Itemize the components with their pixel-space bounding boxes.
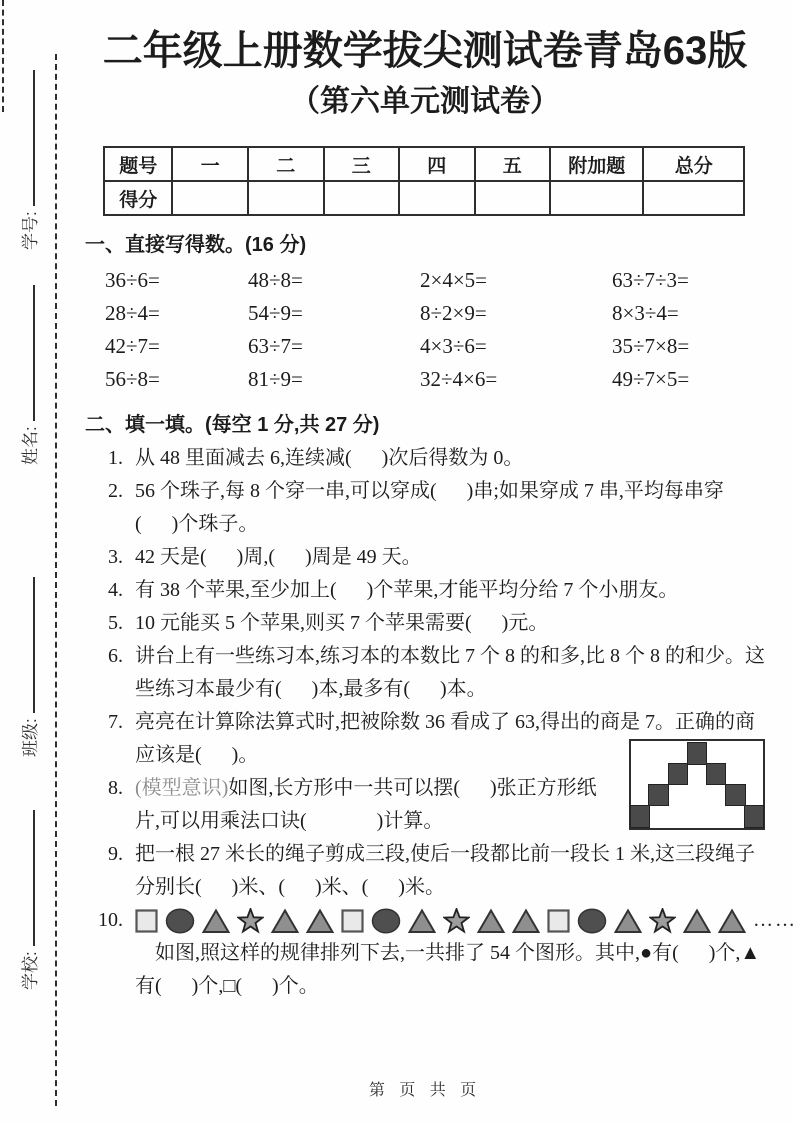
score-blank-cell xyxy=(475,181,551,215)
calc-grid: 36÷6=48÷8=2×4×5=63÷7÷3=28÷4=54÷9=8÷2×9=8… xyxy=(85,264,765,396)
question-number: 1. xyxy=(85,442,123,475)
circle-icon xyxy=(371,908,401,934)
margin-field-label: 姓名: xyxy=(16,426,41,465)
score-table-header-row: 题号 一二三四五附加题总分 xyxy=(104,147,744,181)
score-header-cell: 四 xyxy=(399,147,475,181)
score-header-cell: 总分 xyxy=(643,147,744,181)
question-number: 4. xyxy=(85,574,123,607)
question-number: 7. xyxy=(85,706,123,739)
shape-pattern-row: …… xyxy=(135,904,765,937)
score-table-score-row: 得分 xyxy=(104,181,744,215)
dark-square xyxy=(707,764,725,785)
score-header-cell: 二 xyxy=(248,147,324,181)
score-blank-cell xyxy=(643,181,744,215)
star-icon xyxy=(649,908,676,934)
score-row-label: 得分 xyxy=(104,181,172,215)
margin-field-label: 班级: xyxy=(16,718,41,757)
star-icon xyxy=(237,908,264,934)
question-number: 5. xyxy=(85,607,123,640)
question-number: 8. xyxy=(85,772,123,805)
page-title: 二年级上册数学拔尖测试卷青岛63版 xyxy=(85,28,765,74)
calc-problem: 8÷2×9= xyxy=(420,297,612,330)
page-subtitle: （第六单元测试卷） xyxy=(85,82,765,122)
score-blank-cell xyxy=(324,181,400,215)
calc-problem: 35÷7×8= xyxy=(612,330,765,363)
star-icon xyxy=(443,908,470,934)
question-number: 3. xyxy=(85,541,123,574)
score-header-label: 题号 xyxy=(104,147,172,181)
calc-problem: 36÷6= xyxy=(105,264,248,297)
question-item: 3.42 天是( )周,( )周是 49 天。 xyxy=(85,541,765,574)
question-number: 6. xyxy=(85,640,123,673)
question-text: 把一根 27 米长的绳子剪成三段,使后一段都比前一段长 1 米,这三段绳子分别长… xyxy=(135,843,755,898)
triangle-icon xyxy=(408,908,436,934)
circle-icon xyxy=(577,908,607,934)
question-item: 8.(模型意识)如图,长方形中一共可以摆( )张正方形纸片,可以用乘法口诀( )… xyxy=(85,772,765,838)
calc-problem: 81÷9= xyxy=(248,363,420,396)
section-two-heading: 二、填一填。(每空 1 分,共 27 分) xyxy=(85,411,765,439)
question-item: 2.56 个珠子,每 8 个穿一串,可以穿成( )串;如果穿成 7 串,平均每串… xyxy=(85,475,765,541)
question-text: 42 天是( )周,( )周是 49 天。 xyxy=(135,546,422,568)
triangle-icon xyxy=(614,908,642,934)
calc-problem: 2×4×5= xyxy=(420,264,612,297)
question-number: 9. xyxy=(85,838,123,871)
triangle-icon xyxy=(202,908,230,934)
calc-problem: 56÷8= xyxy=(105,363,248,396)
calc-problem: 8×3÷4= xyxy=(612,297,765,330)
dark-square xyxy=(688,743,706,764)
question-item: 6.讲台上有一些练习本,练习本的本数比 7 个 8 的和多,比 8 个 8 的和… xyxy=(85,640,765,706)
calc-problem: 32÷4×6= xyxy=(420,363,612,396)
left-edge-dashed-line xyxy=(2,0,4,112)
score-header-cell: 一 xyxy=(172,147,248,181)
question-text: 从 48 里面减去 6,连续减( )次后得数为 0。 xyxy=(135,447,523,469)
section-one-heading: 一、直接写得数。(16 分) xyxy=(85,231,765,259)
pattern-ellipsis: …… xyxy=(753,904,793,937)
question-list: 1.从 48 里面减去 6,连续减( )次后得数为 0。2.56 个珠子,每 8… xyxy=(85,442,765,1003)
calc-problem: 63÷7= xyxy=(248,330,420,363)
question-item: 4.有 38 个苹果,至少加上( )个苹果,才能平均分给 7 个小朋友。 xyxy=(85,574,765,607)
rectangle-squares-figure xyxy=(629,739,765,830)
question-item: 1.从 48 里面减去 6,连续减( )次后得数为 0。 xyxy=(85,442,765,475)
question-number: 10. xyxy=(85,904,123,937)
section-one: 一、直接写得数。(16 分) 36÷6=48÷8=2×4×5=63÷7÷3=28… xyxy=(85,231,765,396)
question-tag: (模型意识) xyxy=(135,777,228,799)
question-text: 有 38 个苹果,至少加上( )个苹果,才能平均分给 7 个小朋友。 xyxy=(135,579,678,601)
calc-problem: 4×3÷6= xyxy=(420,330,612,363)
dark-square xyxy=(745,806,763,827)
score-header-cell: 三 xyxy=(324,147,400,181)
question-text: 讲台上有一些练习本,练习本的本数比 7 个 8 的和多,比 8 个 8 的和少。… xyxy=(135,645,765,700)
score-table: 题号 一二三四五附加题总分 得分 xyxy=(103,146,745,216)
fill-in-line xyxy=(21,810,35,946)
square-icon xyxy=(547,908,570,934)
margin-field-label: 学号: xyxy=(16,211,41,250)
score-blank-cell xyxy=(172,181,248,215)
square-icon xyxy=(341,908,364,934)
test-paper-page: 二年级上册数学拔尖测试卷青岛63版 （第六单元测试卷） 题号 一二三四五附加题总… xyxy=(57,0,793,1122)
triangle-icon xyxy=(718,908,746,934)
margin-field-label: 学校: xyxy=(16,951,41,990)
square-icon xyxy=(135,908,158,934)
question-number: 2. xyxy=(85,475,123,508)
margin-field-student-number: 学号: xyxy=(15,70,41,250)
margin-field-student-name: 姓名: xyxy=(15,285,41,465)
question-text: 如图,照这样的规律排列下去,一共排了 54 个图形。其中,●有( )个,▲有( … xyxy=(135,937,765,1003)
margin-field-class: 班级: xyxy=(15,577,41,757)
triangle-icon xyxy=(512,908,540,934)
fill-in-line xyxy=(21,285,35,421)
circle-icon xyxy=(165,908,195,934)
left-margin: 学号:姓名:班级:学校: xyxy=(0,0,57,1122)
calc-problem: 49÷7×5= xyxy=(612,363,765,396)
dark-square xyxy=(631,806,649,827)
calc-problem: 63÷7÷3= xyxy=(612,264,765,297)
score-header-cell: 五 xyxy=(475,147,551,181)
question-item: 10.……如图,照这样的规律排列下去,一共排了 54 个图形。其中,●有( )个… xyxy=(85,904,765,1003)
question-item: 5.10 元能买 5 个苹果,则买 7 个苹果需要( )元。 xyxy=(85,607,765,640)
question-text: 10 元能买 5 个苹果,则买 7 个苹果需要( )元。 xyxy=(135,612,548,634)
question-text: 56 个珠子,每 8 个穿一串,可以穿成( )串;如果穿成 7 串,平均每串穿(… xyxy=(135,480,724,535)
fill-in-line xyxy=(21,577,35,713)
triangle-icon xyxy=(477,908,505,934)
dark-square xyxy=(649,785,667,806)
fill-in-line xyxy=(21,70,35,206)
score-header-cell: 附加题 xyxy=(550,147,643,181)
question-item: 9.把一根 27 米长的绳子剪成三段,使后一段都比前一段长 1 米,这三段绳子分… xyxy=(85,838,765,904)
margin-field-school: 学校: xyxy=(15,810,41,990)
calc-problem: 54÷9= xyxy=(248,297,420,330)
triangle-icon xyxy=(683,908,711,934)
triangle-icon xyxy=(306,908,334,934)
section-two: 二、填一填。(每空 1 分,共 27 分) 1.从 48 里面减去 6,连续减(… xyxy=(85,411,765,1003)
calc-problem: 42÷7= xyxy=(105,330,248,363)
score-blank-cell xyxy=(399,181,475,215)
score-blank-cell xyxy=(248,181,324,215)
score-blank-cell xyxy=(550,181,643,215)
dark-square xyxy=(726,785,744,806)
dark-square xyxy=(669,764,687,785)
page-footer: 第 页 共 页 xyxy=(57,1077,793,1100)
calc-problem: 28÷4= xyxy=(105,297,248,330)
triangle-icon xyxy=(271,908,299,934)
calc-problem: 48÷8= xyxy=(248,264,420,297)
